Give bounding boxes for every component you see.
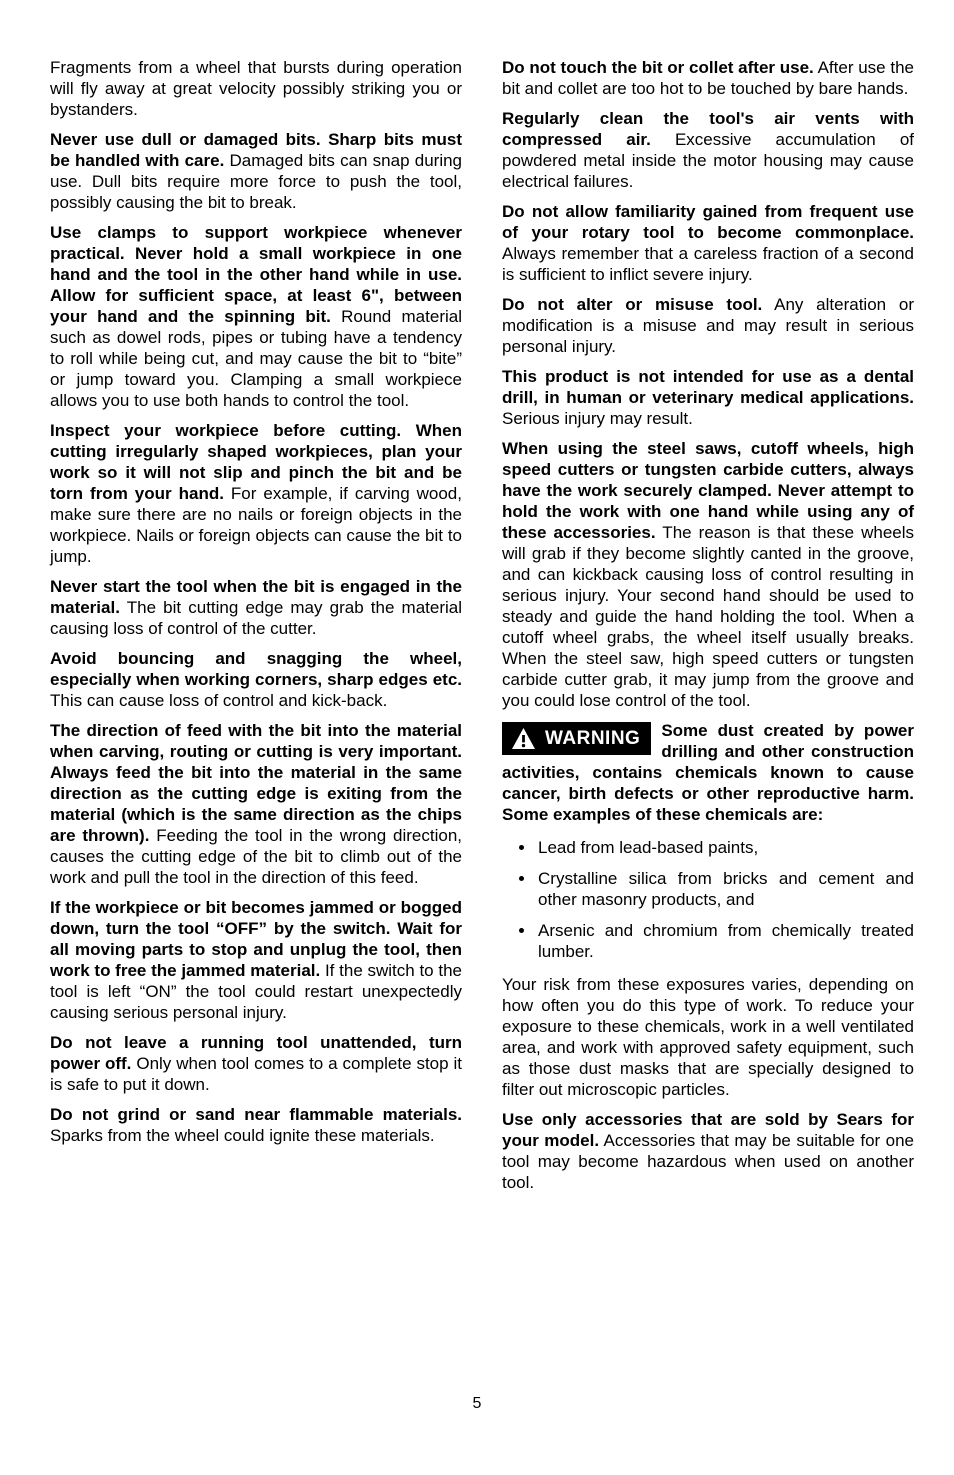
paragraph: Never start the tool when the bit is eng…	[50, 576, 462, 639]
warning-label: WARNING	[545, 728, 640, 750]
paragraph: Never use dull or damaged bits. Sharp bi…	[50, 129, 462, 213]
paragraph: This product is not intended for use as …	[502, 366, 914, 429]
paragraph: Inspect your workpiece before cutting. W…	[50, 420, 462, 567]
warning-badge: WARNING	[502, 722, 651, 755]
paragraph: Do not grind or sand near flammable mate…	[50, 1104, 462, 1146]
paragraph-lead-bold: Do not touch the bit or collet after use…	[502, 58, 814, 77]
paragraph: Do not leave a running tool unattended, …	[50, 1032, 462, 1095]
paragraph-text: Serious injury may result.	[502, 409, 693, 428]
warning-paragraph: WARNINGSome dust created by power drilli…	[502, 720, 914, 825]
paragraph: Do not allow familiarity gained from fre…	[502, 201, 914, 285]
paragraph: Your risk from these exposures varies, d…	[502, 974, 914, 1100]
paragraph-lead-bold: This product is not intended for use as …	[502, 367, 914, 407]
paragraph-lead-bold: Do not grind or sand near flammable mate…	[50, 1105, 462, 1124]
paragraph-text: Sparks from the wheel could ignite these…	[50, 1126, 435, 1145]
two-column-layout: Fragments from a wheel that bursts durin…	[50, 57, 914, 1202]
paragraph-text: This can cause loss of control and kick-…	[50, 691, 387, 710]
paragraph-text: The reason is that these wheels will gra…	[502, 523, 914, 710]
paragraph: Fragments from a wheel that bursts durin…	[50, 57, 462, 120]
paragraph: When using the steel saws, cutoff wheels…	[502, 438, 914, 711]
list-item: Lead from lead-based paints,	[536, 837, 914, 858]
paragraph: Use only accessories that are sold by Se…	[502, 1109, 914, 1193]
list-item: Arsenic and chromium from chemically tre…	[536, 920, 914, 962]
paragraph: If the workpiece or bit becomes jammed o…	[50, 897, 462, 1023]
paragraph: Do not touch the bit or collet after use…	[502, 57, 914, 99]
paragraph-lead-bold: Do not alter or misuse tool.	[502, 295, 762, 314]
left-column: Fragments from a wheel that bursts durin…	[50, 57, 462, 1202]
right-column: Do not touch the bit or collet after use…	[502, 57, 914, 1202]
paragraph: Avoid bouncing and snagging the wheel, e…	[50, 648, 462, 711]
warning-triangle-icon	[511, 727, 536, 750]
paragraph: Do not alter or misuse tool. Any alterat…	[502, 294, 914, 357]
chemical-examples-list: Lead from lead-based paints, Crystalline…	[502, 837, 914, 962]
list-item: Crystalline silica from bricks and cemen…	[536, 868, 914, 910]
paragraph-text: Your risk from these exposures varies, d…	[502, 975, 914, 1099]
paragraph: Regularly clean the tool's air vents wit…	[502, 108, 914, 192]
paragraph-lead-bold: Do not allow familiarity gained from fre…	[502, 202, 914, 242]
paragraph-text: Fragments from a wheel that bursts durin…	[50, 58, 462, 119]
paragraph: The direction of feed with the bit into …	[50, 720, 462, 888]
paragraph-text: Always remember that a careless fraction…	[502, 244, 914, 284]
page-number: 5	[0, 1395, 954, 1413]
manual-page: Fragments from a wheel that bursts durin…	[0, 0, 954, 1475]
paragraph-lead-bold: Avoid bouncing and snagging the wheel, e…	[50, 649, 462, 689]
paragraph: Use clamps to support workpiece whenever…	[50, 222, 462, 411]
